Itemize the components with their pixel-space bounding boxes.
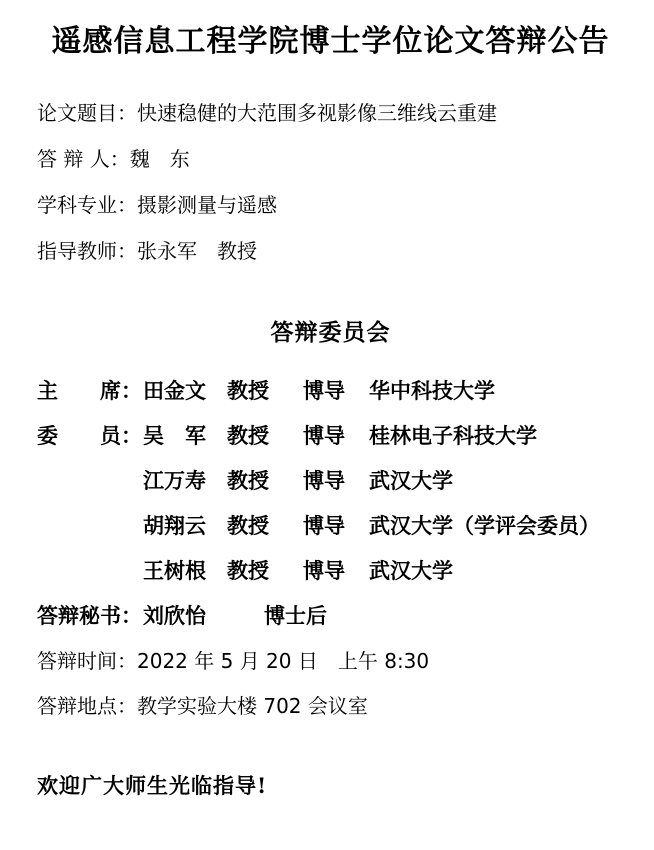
defense-place-row: 答辩地点： 教学实验大楼 702 会议室 [37, 695, 624, 717]
committee-role: 主 席： [37, 379, 143, 403]
major-row: 学科专业： 摄影测量与遥感 [37, 194, 624, 216]
committee-heading: 答辩委员会 [37, 320, 624, 346]
committee-row-member: 王树根 教授 博导 武汉大学 [37, 559, 624, 583]
major-label: 学科专业： [37, 194, 137, 216]
advisor-row: 指导教师： 张永军 教授 [37, 240, 624, 262]
welcome-message: 欢迎广大师生光临指导! [37, 773, 624, 799]
committee-row-chair: 主 席： 田金文 教授 博导 华中科技大学 [37, 379, 624, 403]
document-title: 遥感信息工程学院博士学位论文答辩公告 [37, 20, 624, 64]
committee-member-name: 王树根 [143, 559, 227, 583]
advisor-value: 张永军 教授 [137, 240, 257, 262]
thesis-info-block: 论文题目： 快速稳健的大范围多视影像三维线云重建 答 辩 人： 魏 东 学科专业… [37, 102, 624, 262]
committee-role [37, 514, 143, 538]
secretary-title: 博士后 [264, 604, 327, 628]
major-value: 摄影测量与遥感 [137, 194, 277, 216]
secretary-label: 答辩秘书： [37, 604, 143, 628]
defender-row: 答 辩 人： 魏 东 [37, 148, 624, 170]
committee-member-title: 教授 [227, 424, 303, 448]
committee-role [37, 469, 143, 493]
committee-member-name: 田金文 [143, 379, 227, 403]
committee-role: 委 员： [37, 424, 143, 448]
thesis-title-row: 论文题目： 快速稳健的大范围多视影像三维线云重建 [37, 102, 624, 124]
committee-member-title: 教授 [227, 379, 303, 403]
committee-role [37, 559, 143, 583]
defense-time-label: 答辩时间： [37, 650, 137, 672]
committee-row-member: 委 员： 吴 军 教授 博导 桂林电子科技大学 [37, 424, 624, 448]
committee-member-supervisor: 博导 [303, 514, 369, 538]
defense-time-value: 2022 年 5 月 20 日 上午 8:30 [137, 650, 429, 672]
thesis-title-label: 论文题目： [37, 102, 137, 124]
committee-table: 主 席： 田金文 教授 博导 华中科技大学 委 员： 吴 军 教授 博导 桂林电… [37, 379, 624, 628]
committee-member-affiliation: 华中科技大学 [369, 379, 624, 403]
committee-member-name: 江万寿 [143, 469, 227, 493]
advisor-label: 指导教师： [37, 240, 137, 262]
committee-member-supervisor: 博导 [303, 424, 369, 448]
thesis-title-value: 快速稳健的大范围多视影像三维线云重建 [137, 102, 497, 124]
secretary-row: 答辩秘书： 刘欣怡 博士后 [37, 604, 624, 628]
committee-member-title: 教授 [227, 559, 303, 583]
committee-member-affiliation: 桂林电子科技大学 [369, 424, 624, 448]
defender-label: 答 辩 人： [37, 148, 130, 170]
secretary-name: 刘欣怡 [143, 604, 264, 628]
committee-row-member: 江万寿 教授 博导 武汉大学 [37, 469, 624, 493]
committee-member-name: 胡翔云 [143, 514, 227, 538]
committee-member-title: 教授 [227, 514, 303, 538]
defense-place-value: 教学实验大楼 702 会议室 [137, 695, 368, 717]
committee-member-name: 吴 军 [143, 424, 227, 448]
defender-value: 魏 东 [130, 148, 190, 170]
committee-member-title: 教授 [227, 469, 303, 493]
committee-member-affiliation: 武汉大学（学评会委员） [369, 514, 624, 538]
committee-member-affiliation: 武汉大学 [369, 559, 624, 583]
defense-place-label: 答辩地点： [37, 695, 137, 717]
committee-row-member: 胡翔云 教授 博导 武汉大学（学评会委员） [37, 514, 624, 538]
committee-member-supervisor: 博导 [303, 559, 369, 583]
schedule-block: 答辩时间： 2022 年 5 月 20 日 上午 8:30 答辩地点： 教学实验… [37, 650, 624, 717]
announcement-document: 遥感信息工程学院博士学位论文答辩公告 论文题目： 快速稳健的大范围多视影像三维线… [0, 0, 654, 850]
defense-time-row: 答辩时间： 2022 年 5 月 20 日 上午 8:30 [37, 650, 624, 672]
committee-member-affiliation: 武汉大学 [369, 469, 624, 493]
committee-member-supervisor: 博导 [303, 469, 369, 493]
committee-member-supervisor: 博导 [303, 379, 369, 403]
